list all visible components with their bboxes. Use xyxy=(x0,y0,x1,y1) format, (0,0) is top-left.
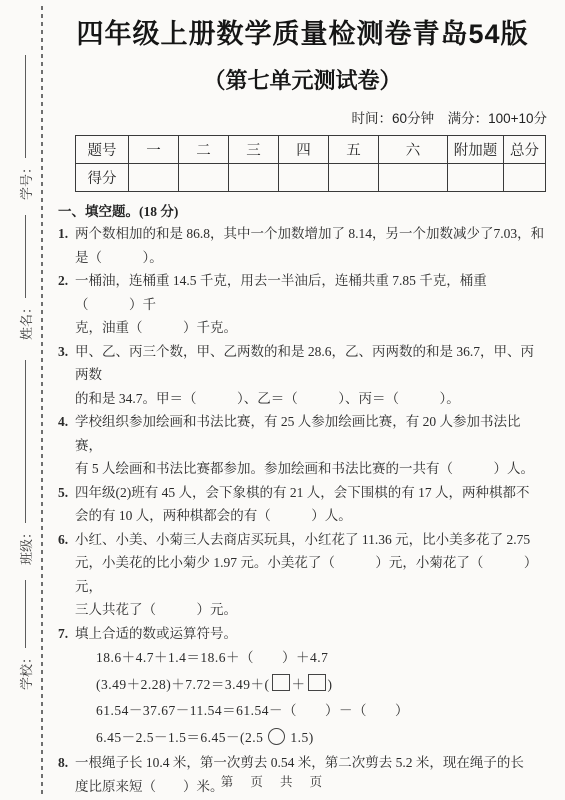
page-title: 四年级上册数学质量检测卷青岛54版 xyxy=(58,16,547,52)
student-id-label: 学号： xyxy=(16,161,35,200)
student-id-write-line xyxy=(25,55,26,158)
page-footer: 第 页 共 页 xyxy=(0,772,550,790)
formula-text: ＋ xyxy=(292,677,306,692)
q7-formula-3: 61.54－37.67－11.54＝61.54－（ ）－（ ） xyxy=(96,698,547,725)
question-line: 一根绳子长 10.4 米，第一次剪去 0.54 米，第二次剪去 5.2 米，现在… xyxy=(75,751,547,775)
score-header-cell: 题号 xyxy=(76,136,129,164)
q7-formula-2: (3.49＋2.28)＋7.72＝3.49＋(＋) xyxy=(96,672,547,699)
name-label: 姓名： xyxy=(16,301,35,340)
section-title: 一、填空题。(18 分) xyxy=(58,202,547,222)
score-header-cell: 五 xyxy=(329,136,379,164)
sidebar-field-school: 学校： xyxy=(15,580,35,690)
formula-text: 6.45－2.5－1.5＝6.45－(2.5 xyxy=(96,730,263,745)
question-line: 四年级(2)班有 45 人，会下象棋的有 21 人，会下围棋的有 17 人，两种… xyxy=(75,481,547,505)
score-header-cell: 四 xyxy=(279,136,329,164)
question-number: 3. xyxy=(58,340,68,364)
question-line: 的和是 34.7。甲＝（ ）、乙＝（ ）、丙＝（ ）。 xyxy=(75,387,547,411)
question-number: 2. xyxy=(58,269,68,293)
q7-formula-4: 6.45－2.5－1.5＝6.45－(2.51.5) xyxy=(96,725,547,752)
score-header-cell: 三 xyxy=(229,136,279,164)
question-line: 克，油重（ ）千克。 xyxy=(75,316,547,340)
school-write-line xyxy=(25,580,26,648)
exam-page: 学号： 姓名： 班级： 学校： 四年级上册数学质量检测卷青岛54版 （第七单元测… xyxy=(0,0,565,800)
score-cell xyxy=(504,164,546,192)
score-cell xyxy=(279,164,329,192)
question-line: 元，小美花的比小菊少 1.97 元。小美花了（ ）元，小菊花了（ ）元， xyxy=(75,551,547,598)
score-header-cell: 六 xyxy=(379,136,448,164)
sidebar-field-class: 班级： xyxy=(15,360,35,565)
class-label: 班级： xyxy=(16,526,35,565)
score-table-score-row: 得分 xyxy=(76,164,546,192)
page-subtitle: （第七单元测试卷） xyxy=(58,66,547,96)
question-2: 2. 一桶油，连桶重 14.5 千克，用去一半油后，连桶共重 7.85 千克，桶… xyxy=(58,269,547,340)
score-header-cell: 二 xyxy=(179,136,229,164)
score-header-cell: 总分 xyxy=(504,136,546,164)
score-cell xyxy=(329,164,379,192)
question-1: 1. 两个数相加的和是 86.8，其中一个加数增加了 8.14，另一个加数减少了… xyxy=(58,222,547,269)
question-5: 5. 四年级(2)班有 45 人，会下象棋的有 21 人，会下围棋的有 17 人… xyxy=(58,481,547,528)
sidebar-field-name: 姓名： xyxy=(15,215,35,340)
score-cell xyxy=(448,164,504,192)
formula-text: (3.49＋2.28)＋7.72＝3.49＋( xyxy=(96,677,270,692)
name-write-line xyxy=(25,215,26,298)
question-line: 填上合适的数或运算符号。 xyxy=(75,622,547,646)
sidebar-field-student-id: 学号： xyxy=(15,55,35,200)
question-7: 7. 填上合适的数或运算符号。 18.6＋4.7＋1.4＝18.6＋（ ）＋4.… xyxy=(58,622,547,752)
question-3: 3. 甲、乙、丙三个数，甲、乙两数的和是 28.6，乙、丙两数的和是 36.7，… xyxy=(58,340,547,411)
question-number: 4. xyxy=(58,410,68,434)
dashed-fold-line xyxy=(41,6,43,796)
score-table: 题号 一 二 三 四 五 六 附加题 总分 得分 xyxy=(75,135,546,192)
question-line: 有 5 人绘画和书法比赛都参加。参加绘画和书法比赛的一共有（ ）人。 xyxy=(75,457,547,481)
exam-content: 四年级上册数学质量检测卷青岛54版 （第七单元测试卷） 时间：60分钟 满分：1… xyxy=(58,0,547,798)
answer-box xyxy=(272,674,290,691)
class-write-line xyxy=(25,360,26,523)
question-number: 5. xyxy=(58,481,68,505)
operator-circle xyxy=(268,728,285,745)
question-line: 小红、小美、小菊三人去商店买玩具，小红花了 11.36 元，比小美多花了 2.7… xyxy=(75,528,547,552)
question-6: 6. 小红、小美、小菊三人去商店买玩具，小红花了 11.36 元，比小美多花了 … xyxy=(58,528,547,622)
score-cell xyxy=(179,164,229,192)
question-number: 7. xyxy=(58,622,68,646)
exam-meta: 时间：60分钟 满分：100+10分 xyxy=(58,109,547,129)
question-line: 会的有 10 人，两种棋都会的有（ ）人。 xyxy=(75,504,547,528)
score-row-label: 得分 xyxy=(76,164,129,192)
question-4: 4. 学校组织参加绘画和书法比赛，有 25 人参加绘画比赛，有 20 人参加书法… xyxy=(58,410,547,481)
question-line: 两个数相加的和是 86.8，其中一个加数增加了 8.14，另一个加数减少了7.0… xyxy=(75,222,547,246)
question-line: 一桶油，连桶重 14.5 千克，用去一半油后，连桶共重 7.85 千克，桶重（ … xyxy=(75,269,547,316)
formula-text: ) xyxy=(328,677,333,692)
q7-formula-1: 18.6＋4.7＋1.4＝18.6＋（ ）＋4.7 xyxy=(96,645,547,672)
question-line: 三人共花了（ ）元。 xyxy=(75,598,547,622)
question-number: 6. xyxy=(58,528,68,552)
score-cell xyxy=(379,164,448,192)
score-table-header-row: 题号 一 二 三 四 五 六 附加题 总分 xyxy=(76,136,546,164)
question-number: 1. xyxy=(58,222,68,246)
formula-text: 1.5) xyxy=(290,730,313,745)
question-number: 8. xyxy=(58,751,68,775)
score-cell xyxy=(129,164,179,192)
score-cell xyxy=(229,164,279,192)
school-label: 学校： xyxy=(16,651,35,690)
answer-box xyxy=(308,674,326,691)
question-line: 甲、乙、丙三个数，甲、乙两数的和是 28.6，乙、丙两数的和是 36.7，甲、丙… xyxy=(75,340,547,387)
question-line: 是（ ）。 xyxy=(75,246,547,270)
score-header-cell: 一 xyxy=(129,136,179,164)
question-line: 学校组织参加绘画和书法比赛，有 25 人参加绘画比赛，有 20 人参加书法比赛， xyxy=(75,410,547,457)
score-header-cell: 附加题 xyxy=(448,136,504,164)
